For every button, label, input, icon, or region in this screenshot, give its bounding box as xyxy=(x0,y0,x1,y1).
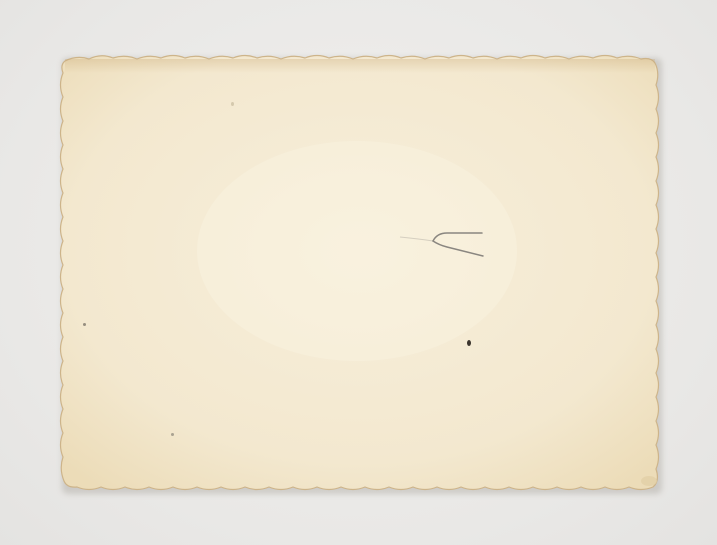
photo-backdrop: Reverse side of an old photograph xyxy=(0,0,717,545)
speck-mark xyxy=(231,102,234,106)
speck-mark xyxy=(171,433,174,436)
speck-mark xyxy=(467,340,471,346)
deckled-card-shape xyxy=(57,51,663,494)
vintage-photo-back xyxy=(57,51,663,494)
pencil-fork-mark xyxy=(395,225,495,265)
speck-mark xyxy=(83,323,86,326)
